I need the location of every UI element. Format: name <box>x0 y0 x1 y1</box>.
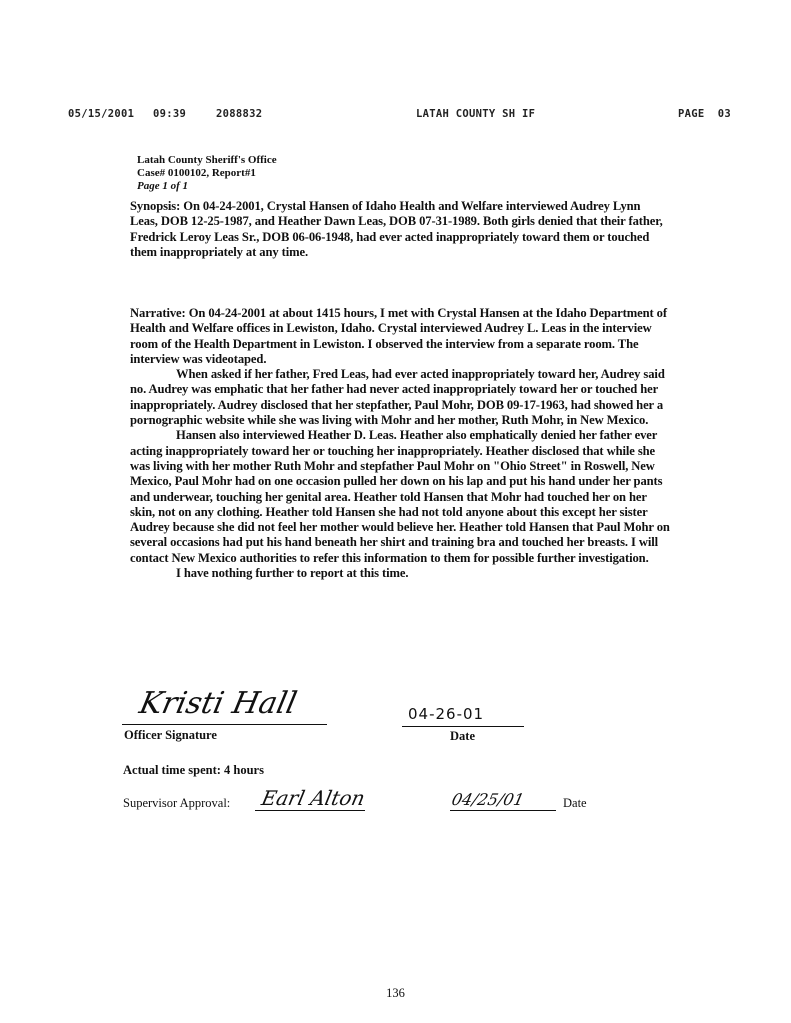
narrative-paragraph: Narrative: On 04-24-2001 at about 1415 h… <box>130 306 670 367</box>
narrative-paragraph: Hansen also interviewed Heather D. Leas.… <box>130 428 670 566</box>
officer-date-line <box>402 726 524 727</box>
synopsis: Synopsis: On 04-24-2001, Crystal Hansen … <box>130 199 670 260</box>
supervisor-signature-line <box>255 810 365 811</box>
office-name: Latah County Sheriff's Office <box>137 154 277 167</box>
fax-sender: LATAH COUNTY SH IF <box>416 108 535 120</box>
time-spent: Actual time spent: 4 hours <box>123 763 264 778</box>
supervisor-label: Supervisor Approval: <box>123 796 230 811</box>
fax-page-number: 03 <box>718 108 731 120</box>
fax-number: 2088832 <box>216 108 262 120</box>
fax-page: PAGE 03 <box>678 108 731 120</box>
report-page: Page 1 of 1 <box>137 180 277 193</box>
supervisor-date-label: Date <box>563 796 587 811</box>
page-number: 136 <box>0 986 791 1001</box>
officer-date-label: Date <box>450 729 475 744</box>
officer-date: 04-26-01 <box>408 705 484 723</box>
officer-signature: Kristi Hall <box>136 686 300 721</box>
fax-page-label: PAGE <box>678 108 705 120</box>
fax-header: 05/15/2001 09:39 2088832 LATAH COUNTY SH… <box>68 108 731 122</box>
letterhead: Latah County Sheriff's Office Case# 0100… <box>137 154 277 193</box>
fax-date: 05/15/2001 <box>68 108 134 120</box>
fax-time: 09:39 <box>153 108 186 120</box>
supervisor-signature: Earl Alton <box>259 786 367 810</box>
supervisor-date-line <box>450 810 556 811</box>
officer-signature-line <box>122 724 327 725</box>
case-number: Case# 0100102, Report#1 <box>137 167 277 180</box>
narrative-paragraph: When asked if her father, Fred Leas, had… <box>130 367 670 428</box>
supervisor-date: 04/25/01 <box>450 790 526 809</box>
narrative: Narrative: On 04-24-2001 at about 1415 h… <box>130 306 670 581</box>
narrative-paragraph: I have nothing further to report at this… <box>130 566 670 581</box>
officer-signature-label: Officer Signature <box>124 728 217 743</box>
